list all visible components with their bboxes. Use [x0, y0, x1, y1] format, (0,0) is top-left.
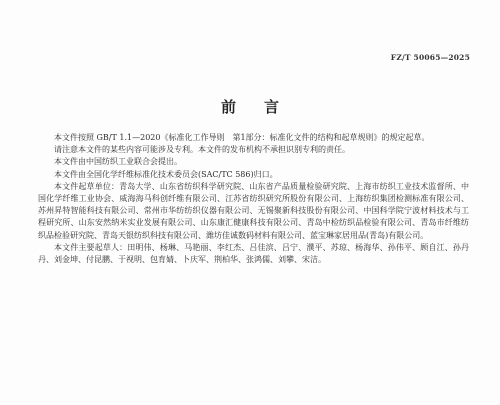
paragraph-patent-notice: 请注意本文件的某些内容可能涉及专利。本文件的发布机构不承担识别专利的责任。 — [38, 144, 469, 156]
foreword-body: 本文件按照 GB/T 1.1—2020《标准化工作导则 第1部分：标准化文件的结… — [38, 132, 469, 266]
title-char-1: 前 — [221, 96, 236, 117]
paragraph-proposer: 本文件由中国纺织工业联合会提出。 — [38, 156, 469, 168]
paragraph-drafters: 本文件主要起草人：田明伟、杨琳、马艳丽、李红杰、吕佳滨、吕宁、濮平、苏琼、杨海华… — [38, 242, 469, 266]
standard-code: FZ/T 50065—2025 — [391, 53, 470, 62]
paragraph-drafting-units: 本文件起草单位：青岛大学、山东省纺织科学研究院、山东省产品质量检验研究院、上海市… — [38, 181, 469, 242]
paragraph-drafting-rules: 本文件按照 GB/T 1.1—2020《标准化工作导则 第1部分：标准化文件的结… — [38, 132, 469, 144]
title-char-2: 言 — [264, 96, 279, 117]
document-page: FZ/T 50065—2025 前言 本文件按照 GB/T 1.1—2020《标… — [0, 0, 500, 405]
paragraph-committee: 本文件由全国化学纤维标准化技术委员会(SAC/TC 586)归口。 — [38, 169, 469, 181]
page-title: 前言 — [0, 96, 500, 117]
